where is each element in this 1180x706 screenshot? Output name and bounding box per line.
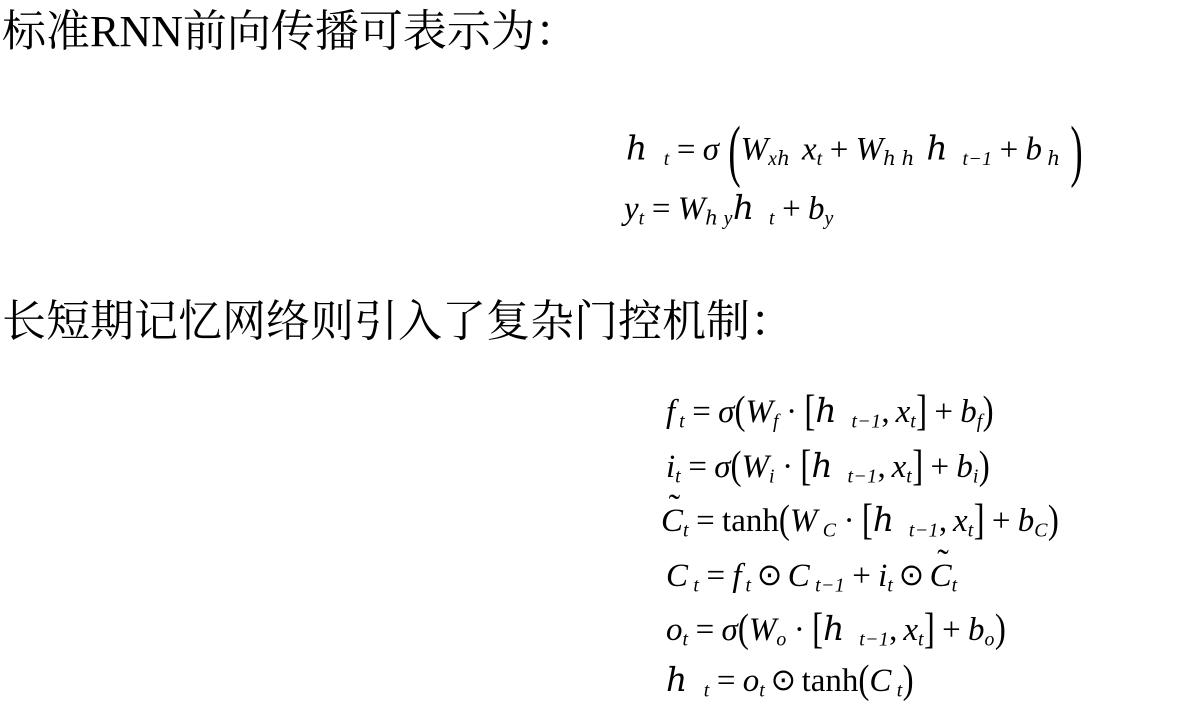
formula-lstm-hidden-state: ℎt=ot⊙tanh(C t)	[666, 665, 914, 701]
formula-lstm-cell-state: C t=ft⊙C t−1+it⊙C˜t	[666, 560, 958, 596]
formula-rnn-output: yt=Wℎ yℎt+by	[624, 193, 834, 229]
heading-lstm: 长短期记忆网络则引入了复杂门控机制：	[2, 296, 794, 349]
formula-lstm-candidate-cell: C˜t=tanh(W C·[ℎt−1,xt]+bC)	[661, 505, 1059, 541]
formula-lstm-output-gate: ot=σ(Wo·[ℎt−1,xt]+bo)	[666, 614, 1006, 650]
heading-rnn: 标准RNN前向传播可表示为：	[2, 6, 579, 59]
document-page: 标准RNN前向传播可表示为： ℎt=σ(Wxℎxt+Wℎ ℎℎt−1+b ℎ) …	[0, 0, 1180, 706]
formula-lstm-forget-gate: ft=σ(Wf·[ℎt−1,xt]+bf)	[666, 396, 994, 432]
formula-lstm-input-gate: it=σ(Wi·[ℎt−1,xt]+bi)	[666, 451, 990, 487]
formula-rnn-hidden-state: ℎt=σ(Wxℎxt+Wℎ ℎℎt−1+b ℎ)	[626, 131, 1083, 170]
